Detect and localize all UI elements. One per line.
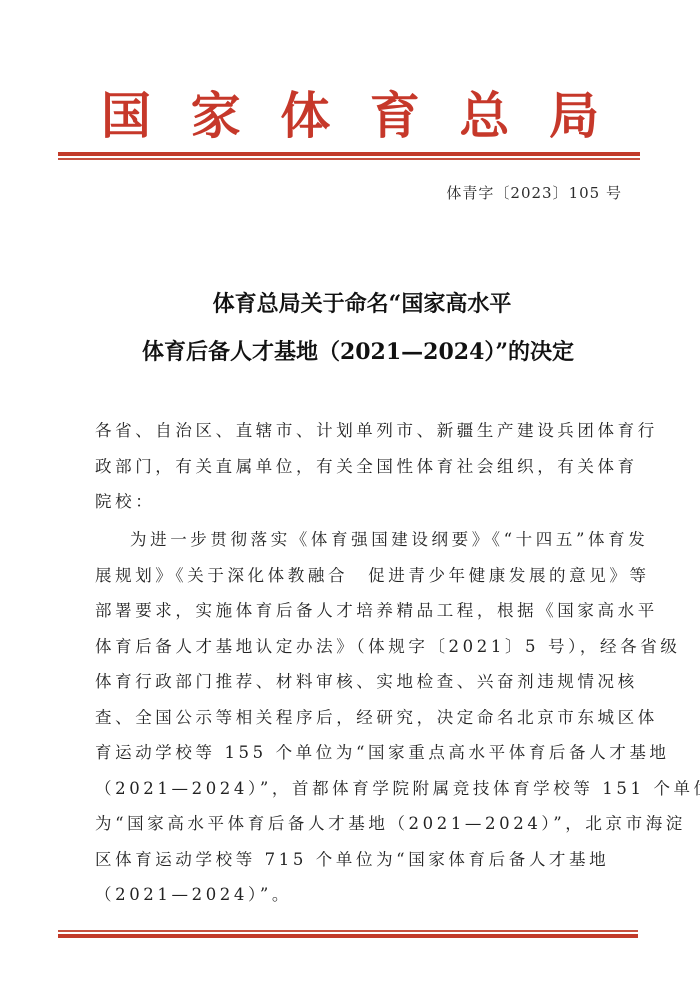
masthead-char: 国 bbox=[100, 88, 152, 144]
body-paragraph: 为进一步贯彻落实《体育强国建设纲要》《“十四五”体育发 展规划》《关于深化体教融… bbox=[95, 522, 625, 913]
document-title-line-1: 体育总局关于命名“国家高水平 bbox=[12, 287, 700, 318]
masthead-char: 局 bbox=[548, 88, 600, 144]
addressee-line: 院校： bbox=[95, 484, 625, 520]
body-line: 区体育运动学校等 715 个单位为“国家体育后备人才基地 bbox=[95, 842, 625, 878]
masthead-char: 育 bbox=[369, 88, 421, 144]
body-line: 育运动学校等 155 个单位为“国家重点高水平体育后备人才基地 bbox=[95, 735, 625, 771]
masthead-org-name: 国 家 体 育 总 局 bbox=[100, 88, 600, 144]
masthead-rule-thick bbox=[58, 152, 640, 156]
masthead-char: 家 bbox=[190, 88, 242, 144]
footer-rule-thick bbox=[58, 934, 638, 938]
body-line: 为进一步贯彻落实《体育强国建设纲要》《“十四五”体育发 bbox=[95, 522, 625, 558]
document-title-line-2: 体育后备人才基地（2021—2024）”的决定 bbox=[8, 335, 700, 366]
footer-rule-thin bbox=[58, 930, 638, 932]
body-line: 展规划》《关于深化体教融合 促进青少年健康发展的意见》等 bbox=[95, 558, 625, 594]
body-line: 查、全国公示等相关程序后，经研究，决定命名北京市东城区体 bbox=[95, 700, 625, 736]
body-line: 为“国家高水平体育后备人才基地（2021—2024）”，北京市海淀 bbox=[95, 806, 625, 842]
body-line: 体育行政部门推荐、材料审核、实地检查、兴奋剂违规情况核 bbox=[95, 664, 625, 700]
body-line: （2021—2024）”。 bbox=[95, 877, 625, 913]
document-number: 体青字〔2023〕105 号 bbox=[446, 182, 622, 203]
addressee-paragraph: 各省、自治区、直辖市、计划单列市、新疆生产建设兵团体育行 政部门，有关直属单位，… bbox=[95, 413, 625, 520]
masthead-char: 体 bbox=[279, 88, 331, 144]
addressee-line: 政部门，有关直属单位，有关全国性体育社会组织，有关体育 bbox=[95, 449, 625, 485]
addressee-line: 各省、自治区、直辖市、计划单列市、新疆生产建设兵团体育行 bbox=[95, 413, 625, 449]
body-line: （2021—2024）”，首都体育学院附属竞技体育学校等 151 个单位 bbox=[95, 771, 625, 807]
masthead-char: 总 bbox=[458, 88, 510, 144]
body-line: 体育后备人才基地认定办法》（体规字〔2021〕5 号），经各省级 bbox=[95, 629, 625, 665]
masthead-rule-thin bbox=[58, 158, 640, 160]
body-line: 部署要求，实施体育后备人才培养精品工程，根据《国家高水平 bbox=[95, 593, 625, 629]
